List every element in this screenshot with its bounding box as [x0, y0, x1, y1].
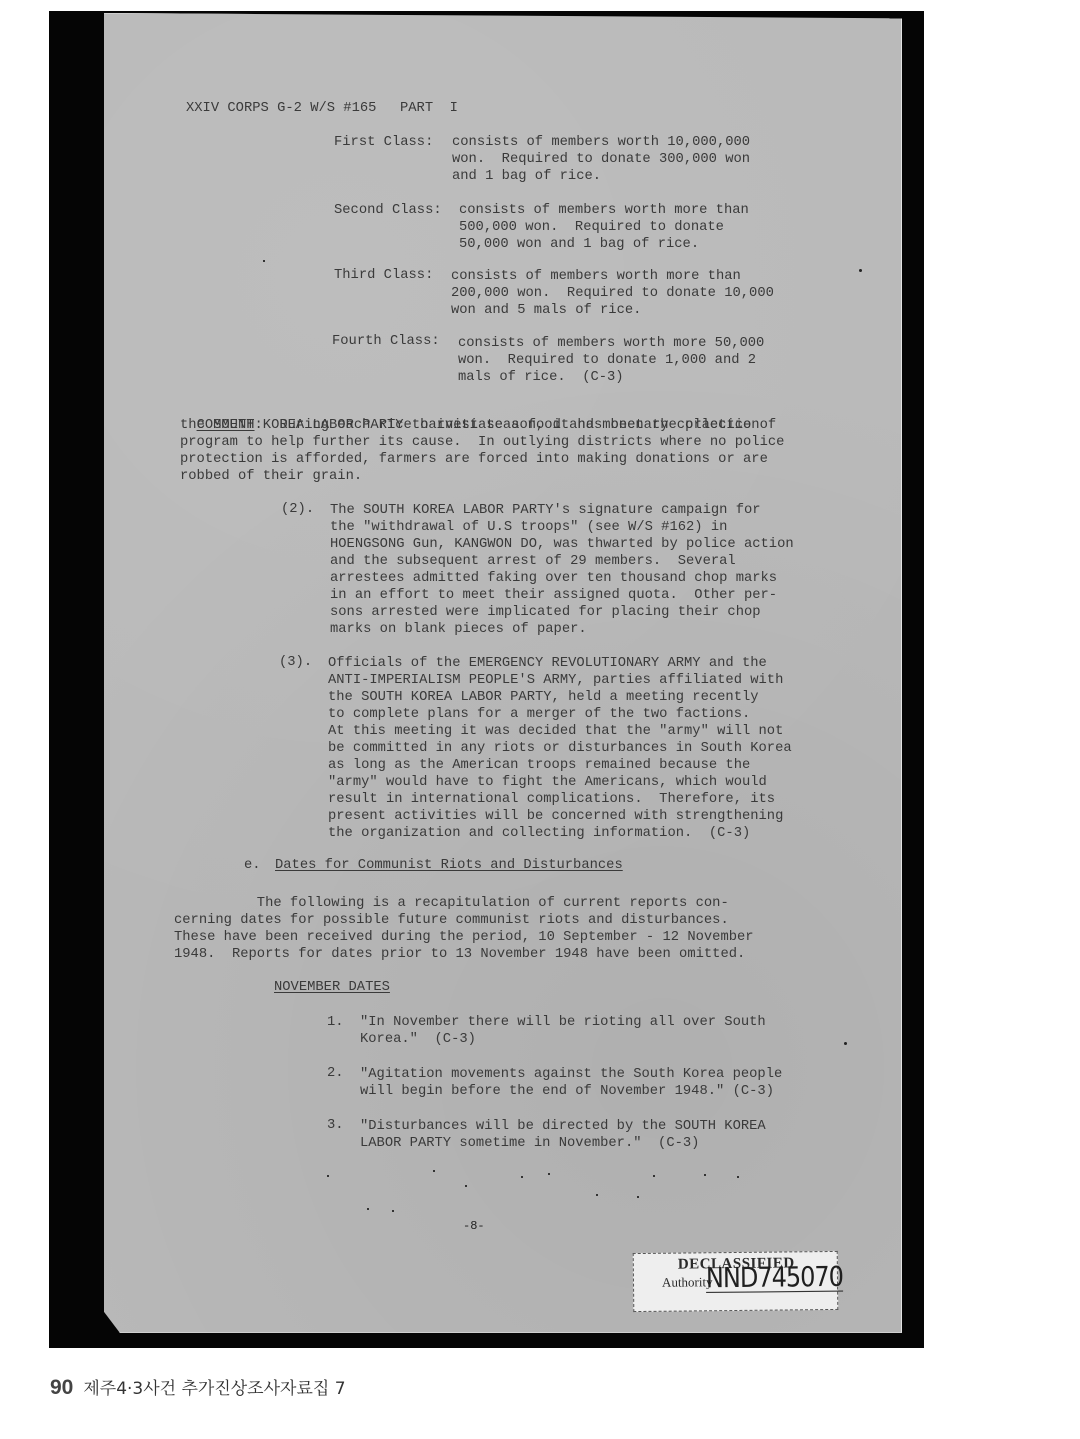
class-text-second-3: 50,000 won and 1 bag of rice. [459, 237, 699, 254]
class-text-fourth-2: won. Required to donate 1,000 and 2 [458, 353, 756, 370]
scan-speck [737, 1176, 739, 1178]
item-3-line-7: as long as the American troops remained … [328, 758, 750, 775]
item-3-line-1: Officials of the EMERGENCY REVOLUTIONARY… [328, 656, 767, 673]
comment-line-5: robbed of their grain. [180, 469, 362, 486]
scan-speck [637, 1196, 639, 1198]
section-e-line-1: The following is a recapitulation of cur… [174, 896, 729, 913]
date-number-3: 3. [327, 1118, 344, 1135]
date-1-line-2: Korea." (C-3) [360, 1032, 476, 1049]
section-e-line-3: These have been received during the peri… [174, 930, 754, 947]
item-number-2: (2). [281, 502, 314, 519]
scan-speck [521, 1176, 523, 1178]
item-3-line-9: result in international complications. T… [328, 792, 775, 809]
november-dates-heading: NOVEMBER DATES [274, 980, 390, 997]
scan-speck [392, 1210, 394, 1212]
item-2-line-6: in an effort to meet their assigned quot… [330, 588, 777, 605]
scan-speck [433, 1170, 435, 1172]
date-3-line-2: LABOR PARTY sometime in November." (C-3) [360, 1136, 699, 1153]
section-e-line-2: cerning dates for possible future commun… [174, 913, 729, 930]
class-label-fourth: Fourth Class: [332, 334, 440, 351]
scan-speck [704, 1174, 706, 1176]
date-2-line-1: "Agitation movements against the South K… [360, 1067, 782, 1084]
date-1-line-1: "In November there will be rioting all o… [360, 1015, 766, 1032]
document-reference: XXIV CORPS G-2 W/S #165 [186, 101, 376, 118]
scan-speck [844, 1042, 847, 1045]
item-3-line-3: the SOUTH KOREA LABOR PARTY, held a meet… [328, 690, 759, 707]
scan-speck [465, 1185, 467, 1187]
document-page-mark: -8- [463, 1219, 485, 1233]
class-text-first-1: consists of members worth 10,000,000 [452, 135, 750, 152]
class-label-first: First Class: [334, 135, 433, 152]
declassified-stamp: DECLASSIFIED Authority NND745070 [633, 1251, 839, 1312]
class-text-fourth-3: mals of rice. (C-3) [458, 370, 624, 387]
class-text-third-3: won and 5 mals of rice. [451, 303, 641, 320]
date-number-2: 2. [327, 1066, 344, 1083]
footer-page-number: 90 [50, 1376, 73, 1400]
class-text-first-2: won. Required to donate 300,000 won [452, 152, 750, 169]
item-2-line-5: arrestees admitted faking over ten thous… [330, 571, 777, 588]
class-text-second-1: consists of members worth more than [459, 203, 749, 220]
item-3-line-2: ANTI-IMPERIALISM PEOPLE'S ARMY, parties … [328, 673, 783, 690]
scan-speck [596, 1194, 598, 1196]
date-number-1: 1. [327, 1015, 344, 1032]
scan-speck [859, 269, 862, 272]
section-e-line-4: 1948. Reports for dates prior to 13 Nove… [174, 947, 745, 964]
class-text-third-2: 200,000 won. Required to donate 10,000 [451, 286, 774, 303]
scan-speck [367, 1208, 369, 1210]
date-2-line-2: will begin before the end of November 19… [360, 1084, 774, 1101]
class-text-fourth-1: consists of members worth more 50,000 [458, 336, 764, 353]
item-3-line-4: to complete plans for a merger of the tw… [328, 707, 750, 724]
scan-speck [548, 1173, 550, 1175]
stamp-authority-value: NND745070 [706, 1263, 843, 1293]
item-3-line-6: be committed in any riots or disturbance… [328, 741, 792, 758]
item-2-line-1: The SOUTH KOREA LABOR PARTY's signature … [330, 503, 761, 520]
item-number-3: (3). [279, 655, 312, 672]
section-e-title: Dates for Communist Riots and Disturbanc… [275, 858, 623, 875]
scan-speck [327, 1175, 329, 1177]
item-2-line-4: and the subsequent arrest of 29 members.… [330, 554, 736, 571]
item-3-line-10: present activities will be concerned wit… [328, 809, 783, 826]
book-footer: 90 제주4·3사건 추가진상조사자료집 7 [50, 1374, 346, 1400]
section-e-letter: e. [244, 858, 261, 875]
comment-line-3: program to help further its cause. In ou… [180, 435, 784, 452]
item-2-line-3: HOENGSONG Gun, KANGWON DO, was thwarted … [330, 537, 794, 554]
item-3-line-8: "army" would have to fight the Americans… [328, 775, 767, 792]
scan-speck [653, 1175, 655, 1177]
comment-line-2: the SOUTH KOREA LABOR PARTY to initiate … [180, 418, 760, 435]
comment-line-4: protection is afforded, farmers are forc… [180, 452, 768, 469]
class-text-third-1: consists of members worth more than [451, 269, 741, 286]
item-2-line-2: the "withdrawal of U.S troops" (see W/S … [330, 520, 727, 537]
footer-book-title: 제주4·3사건 추가진상조사자료집 7 [83, 1374, 345, 1399]
item-3-line-5: At this meeting it was decided that the … [328, 724, 783, 741]
document-part: PART I [400, 101, 458, 118]
scan-speck [263, 260, 265, 262]
class-text-second-2: 500,000 won. Required to donate [459, 220, 724, 237]
item-2-line-8: marks on blank pieces of paper. [330, 622, 587, 639]
class-text-first-3: and 1 bag of rice. [452, 169, 601, 186]
class-label-third: Third Class: [334, 268, 433, 285]
date-3-line-1: "Disturbances will be directed by the SO… [360, 1119, 766, 1136]
class-label-second: Second Class: [334, 203, 442, 220]
item-2-line-7: sons arrested were implicated for placin… [330, 605, 761, 622]
item-3-line-11: the organization and collecting informat… [328, 826, 750, 843]
